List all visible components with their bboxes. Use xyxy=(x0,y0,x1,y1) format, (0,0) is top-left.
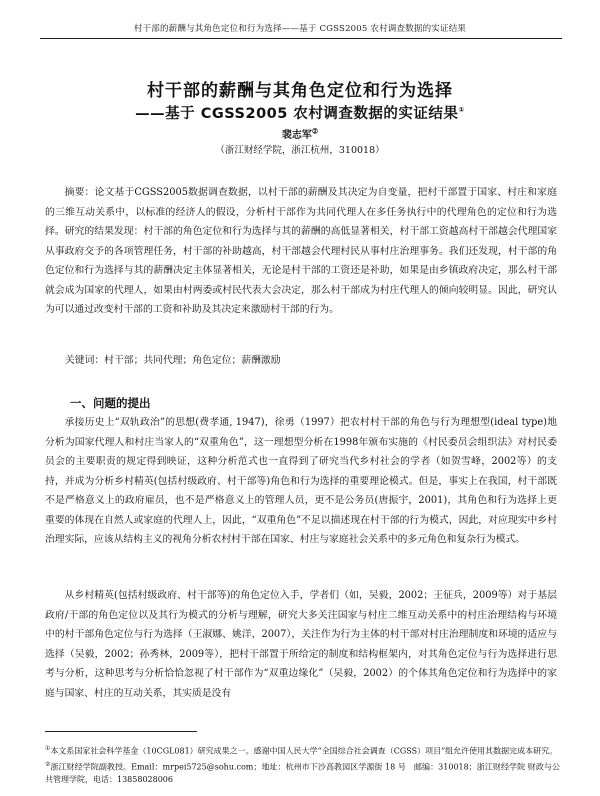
footnote-1: ①本文系国家社会科学基金（10CGL081）研究成果之一。感谢中国人民大学“全国… xyxy=(45,742,560,758)
header-rule xyxy=(40,38,562,39)
running-head: 村干部的薪酬与其角色定位和行为选择——基于 CGSS2005 农村调查数据的实证… xyxy=(0,22,600,34)
footnote-2: ②浙江财经学院副教授。Email：mrpei5725@sohu.com；地址：杭… xyxy=(45,758,560,787)
paper-subtitle: ——基于 CGSS2005 农村调查数据的实证结果① xyxy=(0,102,600,123)
footnote-text: 本文系国家社会科学基金（10CGL081）研究成果之一。感谢中国人民大学“全国综… xyxy=(50,747,557,756)
body-paragraph-2: 从乡村精英(包括村级政府、村干部等)的角色定位入手，学者们（如，吴毅，2002；… xyxy=(45,586,557,703)
author-name: 裴志军 xyxy=(282,130,312,141)
paper-title: 村干部的薪酬与其角色定位和行为选择 xyxy=(0,76,600,101)
author: 裴志军② xyxy=(0,126,600,141)
footnote-ref-1: ① xyxy=(458,106,464,114)
footnote-ref-2: ② xyxy=(312,127,318,136)
footnote-text: 浙江财经学院副教授。Email：mrpei5725@sohu.com；地址：杭州… xyxy=(45,762,560,784)
paragraph-text: 从乡村精英(包括村级政府、村干部等)的角色定位入手，学者们（如，吴毅，2002；… xyxy=(45,586,557,703)
affiliation: （浙江财经学院，浙江杭州，310018） xyxy=(0,142,600,156)
paper-page: 村干部的薪酬与其角色定位和行为选择——基于 CGSS2005 农村调查数据的实证… xyxy=(0,0,600,796)
paragraph-text: 承接历史上“双轨政治”的思想(费孝通, 1947)，徐勇（1997）把农村村干部… xyxy=(45,413,557,550)
subtitle-text: ——基于 CGSS2005 农村调查数据的实证结果 xyxy=(135,106,458,122)
footnotes: ①本文系国家社会科学基金（10CGL081）研究成果之一。感谢中国人民大学“全国… xyxy=(45,742,560,786)
section-heading: 一、问题的提出 xyxy=(70,395,151,411)
keywords: 关键词：村干部；共同代理；角色定位；薪酬激励 xyxy=(65,352,281,366)
abstract-text: 摘要：论文基于CGSS2005数据调查数据，以村干部的薪酬及其决定为自变量，把村… xyxy=(45,183,557,320)
footnote-rule xyxy=(45,731,197,732)
abstract: 摘要：论文基于CGSS2005数据调查数据，以村干部的薪酬及其决定为自变量，把村… xyxy=(45,183,557,320)
body-paragraph-1: 承接历史上“双轨政治”的思想(费孝通, 1947)，徐勇（1997）把农村村干部… xyxy=(45,413,557,550)
